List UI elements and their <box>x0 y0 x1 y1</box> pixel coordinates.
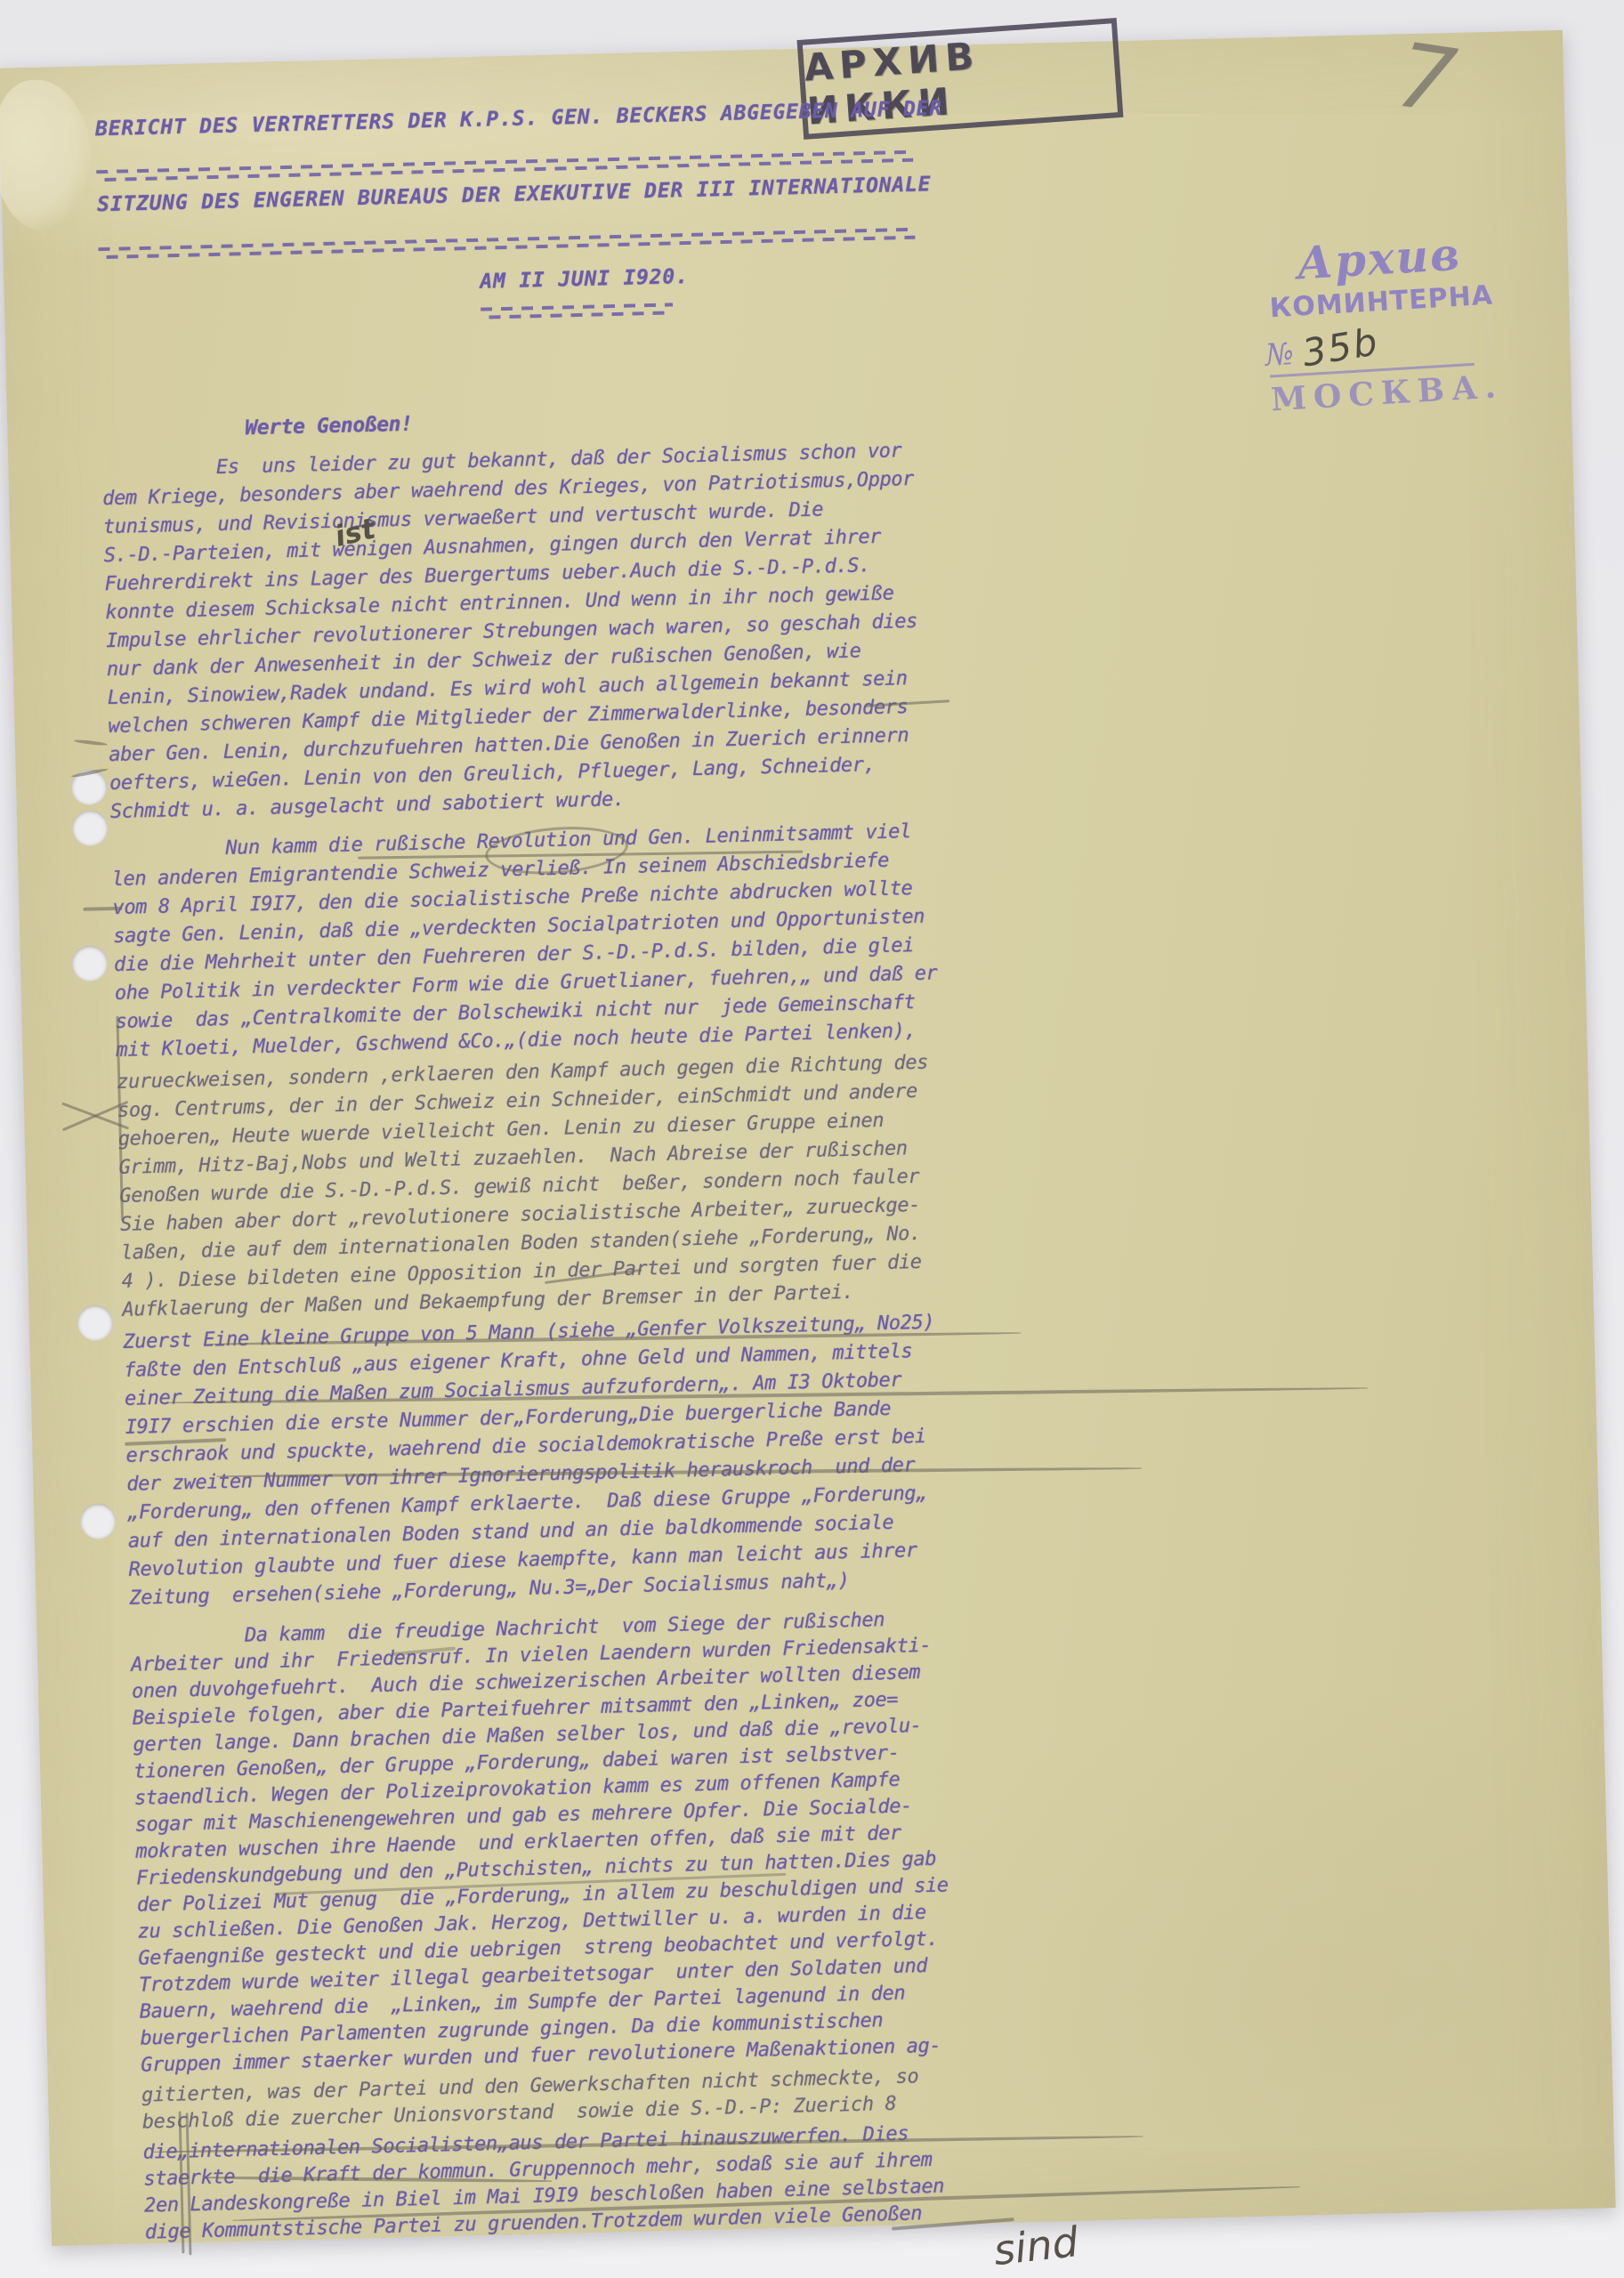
paragraph-3a: Da kamm die freudige Nachricht vom Siege… <box>130 1604 995 2079</box>
report-title-line2: SITZUNG DES ENGEREN BUREAUS DER EXEKUTIV… <box>97 173 932 216</box>
document-paper-sheet: АРХИВ ИККИ 7 BERICHT DES VERTRETTERS DER… <box>0 30 1616 2246</box>
handwritten-insert-sind: sind <box>991 2217 1081 2274</box>
komintern-stamp-number-handwritten: 35b <box>1299 319 1382 375</box>
komintern-archive-stamp: Архив КОМИНТЕРНА № 35b МОСКВА. <box>1253 225 1512 419</box>
komintern-stamp-number-label: № <box>1264 336 1296 374</box>
paragraph-1: Es uns leider zu gut bekannt, daß der So… <box>101 436 965 827</box>
paper-corner-damage <box>0 78 93 232</box>
punch-hole <box>72 810 109 846</box>
salutation: Werte Genoßen! <box>245 397 956 442</box>
pencil-page-number: 7 <box>1391 23 1462 134</box>
punch-hole <box>77 1305 113 1341</box>
report-date-line: AM II JUNI I920. <box>480 265 689 294</box>
typed-body-column: Werte Genoßen! Es uns leider zu gut beka… <box>101 397 999 2250</box>
dashed-rule <box>98 228 915 259</box>
scanned-document-page: { "ink": { "typewriter_purple": "#6b5ca9… <box>0 0 1624 2278</box>
paragraph-3c: die„internationalen Socialisten„aus der … <box>142 2119 999 2246</box>
punch-hole <box>80 1503 117 1539</box>
punch-hole <box>71 945 108 981</box>
paragraph-2c: Zuerst Eine kleine Gruppe von 5 Mann (si… <box>123 1307 984 1612</box>
pencil-margin-tick <box>74 739 108 746</box>
dashed-rule <box>481 303 673 319</box>
